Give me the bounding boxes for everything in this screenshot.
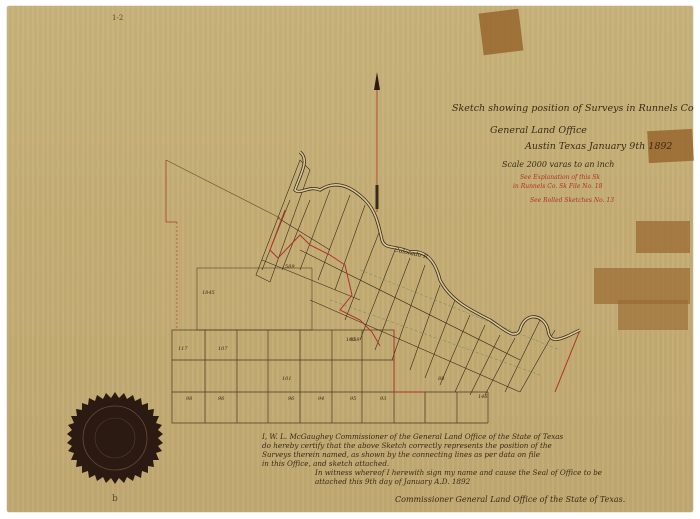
svg-text:93: 93 [380,396,386,402]
svg-text:589: 589 [285,264,295,270]
official-seal [67,392,163,488]
map-date: Austin Texas January 9th 1892 [525,141,672,152]
svg-text:98: 98 [186,396,192,402]
svg-text:107: 107 [218,346,228,352]
svg-text:146: 146 [478,394,488,400]
grid-label: 117 [178,346,188,352]
certificate-line-6: attached this 9th day of January A.D. 18… [315,477,470,487]
north-arrow-icon [374,72,380,90]
map-scale: Scale 2000 varas to an inch [502,160,614,169]
svg-text:96: 96 [218,396,225,402]
svg-text:958: 958 [350,337,360,343]
red-note-3: See Rolled Sketches No. 13 [530,197,614,204]
commissioner-signature: Commissioner General Land Office of the … [395,495,625,505]
svg-text:96: 96 [288,396,295,402]
red-note-1: See Explanation of this Sk [520,174,600,181]
map-title: Sketch showing position of Surveys in Ru… [452,103,694,114]
svg-text:88: 88 [438,376,444,382]
sheet-tag: b [112,494,118,504]
svg-text:94: 94 [318,396,324,402]
svg-text:101: 101 [282,376,292,382]
svg-text:95: 95 [350,396,356,402]
svg-text:1845: 1845 [202,290,215,296]
map-office: General Land Office [490,125,587,136]
red-note-2: in Runnels Co. Sk File No. 18 [513,183,603,190]
